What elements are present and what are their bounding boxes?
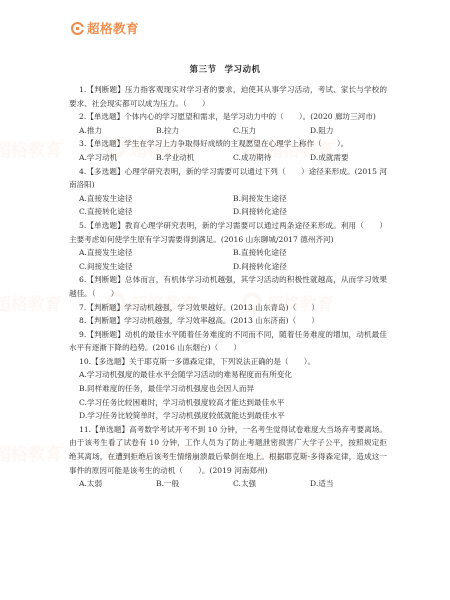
question-3-options: A.学习动机 B.学业动机 C.成功期待 D.成就需要 xyxy=(69,151,387,165)
option-c: C.太强 xyxy=(233,477,310,491)
option-a: A.太弱 xyxy=(79,477,156,491)
option-c: C.学习任务比较困难时，学习动机强度较高才能达到最佳水平 xyxy=(69,396,387,410)
option-a: A.推力 xyxy=(79,124,156,138)
option-d: D.间接转化途径 xyxy=(233,260,387,274)
option-c: C.压力 xyxy=(233,124,310,138)
section-title-text: 学习动机 xyxy=(225,65,261,75)
option-d: D.成就需要 xyxy=(310,151,387,165)
option-b: B.直接转化途径 xyxy=(233,246,387,260)
option-a: A.直接发生途径 xyxy=(79,192,233,206)
question-5-options-row-1: A.直接发生途径 B.直接转化途径 xyxy=(69,246,387,260)
brand-name: 超格教育 xyxy=(87,19,139,37)
option-b: B.一般 xyxy=(156,477,233,491)
option-d: D.学习任务比较简单时，学习动机强度较低就能达到最佳水平 xyxy=(69,409,387,423)
question-11-options: A.太弱 B.一般 C.太强 D.适当 xyxy=(69,477,387,491)
question-2-options: A.推力 B.拉力 C.压力 D.阻力 xyxy=(69,124,387,138)
option-a: A.直接发生途径 xyxy=(79,246,233,260)
question-9: 9.【判断题】动机的最佳水平随着任务难度的不同而不同，随着任务难度的增加，动机最… xyxy=(69,328,387,355)
watermark: 超格教育 xyxy=(0,290,62,314)
option-d: D.间接转化途径 xyxy=(233,205,387,219)
option-c: C.间接发生途径 xyxy=(79,260,233,274)
g-circle-logo-icon xyxy=(71,22,84,35)
section-title: 第三节学习动机 xyxy=(0,63,450,75)
option-b: B.学业动机 xyxy=(156,151,233,165)
option-b: B.间接发生途径 xyxy=(233,192,387,206)
question-1: 1.【判断题】压力指客观现实对学习者的要求，迫使其从事学习活动，考试、家长与学校… xyxy=(69,83,387,110)
option-b: B.拉力 xyxy=(156,124,233,138)
question-4: 4.【多选题】心理学研究表明，新的学习需要可以通过下列（ ）途径来形成。(201… xyxy=(69,165,387,192)
question-4-options-row-2: C.直接转化途径 D.间接转化途径 xyxy=(69,205,387,219)
option-c: C.成功期待 xyxy=(233,151,310,165)
watermark: 超格教育 xyxy=(0,440,62,464)
brand-logo: 超格教育 xyxy=(71,19,139,37)
section-number: 第三节 xyxy=(189,65,216,75)
question-list: 1.【判断题】压力指客观现实对学习者的要求，迫使其从事学习活动，考试、家长与学校… xyxy=(69,83,387,491)
option-d: D.适当 xyxy=(310,477,387,491)
watermark: 超格教育 xyxy=(0,136,62,160)
question-8: 8.【判断题】学习动机越强，学习效率越高。(2013 山东济南)（ ） xyxy=(69,314,387,328)
question-4-options-row-1: A.直接发生途径 B.间接发生途径 xyxy=(69,192,387,206)
question-11: 11.【单选题】高考数学考试开考不到 10 分钟，一名考生觉得试卷难度大当场弃考… xyxy=(69,423,387,477)
option-b: B.同样难度的任务，最佳学习动机强度也会因人而异 xyxy=(69,382,387,396)
question-5: 5.【单选题】教育心理学研究表明，新的学习需要可以通过两条途径来形成。利用（ ）… xyxy=(69,219,387,246)
question-3: 3.【单选题】学生在学习上力争取得好成绩的主观愿望在心理学上称作（ ）。 xyxy=(69,137,387,151)
option-d: D.阻力 xyxy=(310,124,387,138)
question-7: 7.【判断题】学习动机越强，学习效果越好。(2013 山东青岛)（ ） xyxy=(69,301,387,315)
question-6: 6.【判断题】总体而言，有机体学习动机越强，其学习活动的积极性就越高，从而学习效… xyxy=(69,273,387,300)
question-2: 2.【单选题】个体内心的学习愿望和需求，是学习动力中的（ ）。(2020 廊坊三… xyxy=(69,110,387,124)
question-5-options-row-2: C.间接发生途径 D.间接转化途径 xyxy=(69,260,387,274)
option-c: C.直接转化途径 xyxy=(79,205,233,219)
option-a: A.学习动机 xyxy=(79,151,156,165)
question-10: 10.【多选题】关于耶克斯一多德森定律，下列说法正确的是（ ）。 xyxy=(69,355,387,369)
option-a: A.学习动机强度的最佳水平会随学习活动的难易程度而有所变化 xyxy=(69,368,387,382)
